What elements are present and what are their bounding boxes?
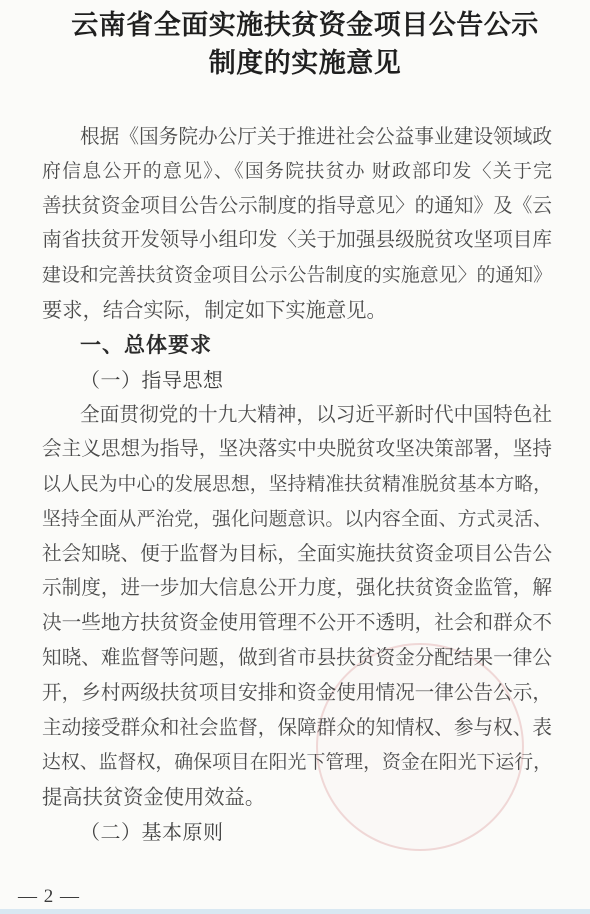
document-line-body: 社会知晓、便于监督为目标，全面实施扶贫资金项目公告公 <box>42 538 552 573</box>
document-line-subheading: （一）指导思想 <box>42 364 552 399</box>
document-line-body: 善扶贫资金项目公告公示制度的指导意见〉的通知》及《云 <box>42 190 552 225</box>
document-line-body: 根据《国务院办公厅关于推进社会公益事业建设领域政 <box>42 120 552 155</box>
document-line-body: 府信息公开的意见》、《国务院扶贫办 财政部印发〈关于完 <box>42 155 552 190</box>
document-line-body: 坚持全面从严治党，强化问题意识。以内容全面、方式灵活、 <box>42 503 552 538</box>
document-line-subheading: （二）基本原则 <box>42 816 552 851</box>
document-line-body: 建设和完善扶贫资金项目公示公告制度的实施意见〉的通知》 <box>42 259 552 294</box>
document-line-body: 达权、监督权，确保项目在阳光下管理，资金在阳光下运行， <box>42 746 552 781</box>
scan-bottom-edge <box>0 909 590 914</box>
document-line-body: 知晓、难监督等问题，做到省市县扶贫资金分配结果一律公 <box>42 642 552 677</box>
document-line-body: 主动接受群众和社会监督，保障群众的知情权、参与权、表 <box>42 712 552 747</box>
document-title: 云南省全面实施扶贫资金项目公告公示 制度的实施意见 <box>10 6 590 82</box>
document-line-body: 开，乡村两级扶贫项目安排和资金使用情况一律公告公示， <box>42 677 552 712</box>
document-line-body: 提高扶贫资金使用效益。 <box>42 781 552 816</box>
title-line-2: 制度的实施意见 <box>10 44 590 82</box>
document-line-heading: 一、总体要求 <box>42 329 552 364</box>
document-line-body: 全面贯彻党的十九大精神，以习近平新时代中国特色社 <box>42 398 552 433</box>
document-line-body: 南省扶贫开发领导小组印发〈关于加强县级脱贫攻坚项目库 <box>42 224 552 259</box>
document-line-body: 示制度，进一步加大信息公开力度，强化扶贫资金监管，解 <box>42 572 552 607</box>
scanned-document-page: 云南省全面实施扶贫资金项目公告公示 制度的实施意见 根据《国务院办公厅关于推进社… <box>0 0 590 914</box>
page-number: — 2 — <box>18 886 80 908</box>
document-line-body: 要求，结合实际，制定如下实施意见。 <box>42 294 552 329</box>
document-line-body: 决一些地方扶贫资金使用管理不公开不透明，社会和群众不 <box>42 607 552 642</box>
document-body: 根据《国务院办公厅关于推进社会公益事业建设领域政府信息公开的意见》、《国务院扶贫… <box>42 120 552 851</box>
title-line-1: 云南省全面实施扶贫资金项目公告公示 <box>10 6 590 44</box>
document-line-body: 会主义思想为指导，坚决落实中央脱贫攻坚决策部署，坚持 <box>42 433 552 468</box>
document-line-body: 以人民为中心的发展思想，坚持精准扶贫精准脱贫基本方略， <box>42 468 552 503</box>
